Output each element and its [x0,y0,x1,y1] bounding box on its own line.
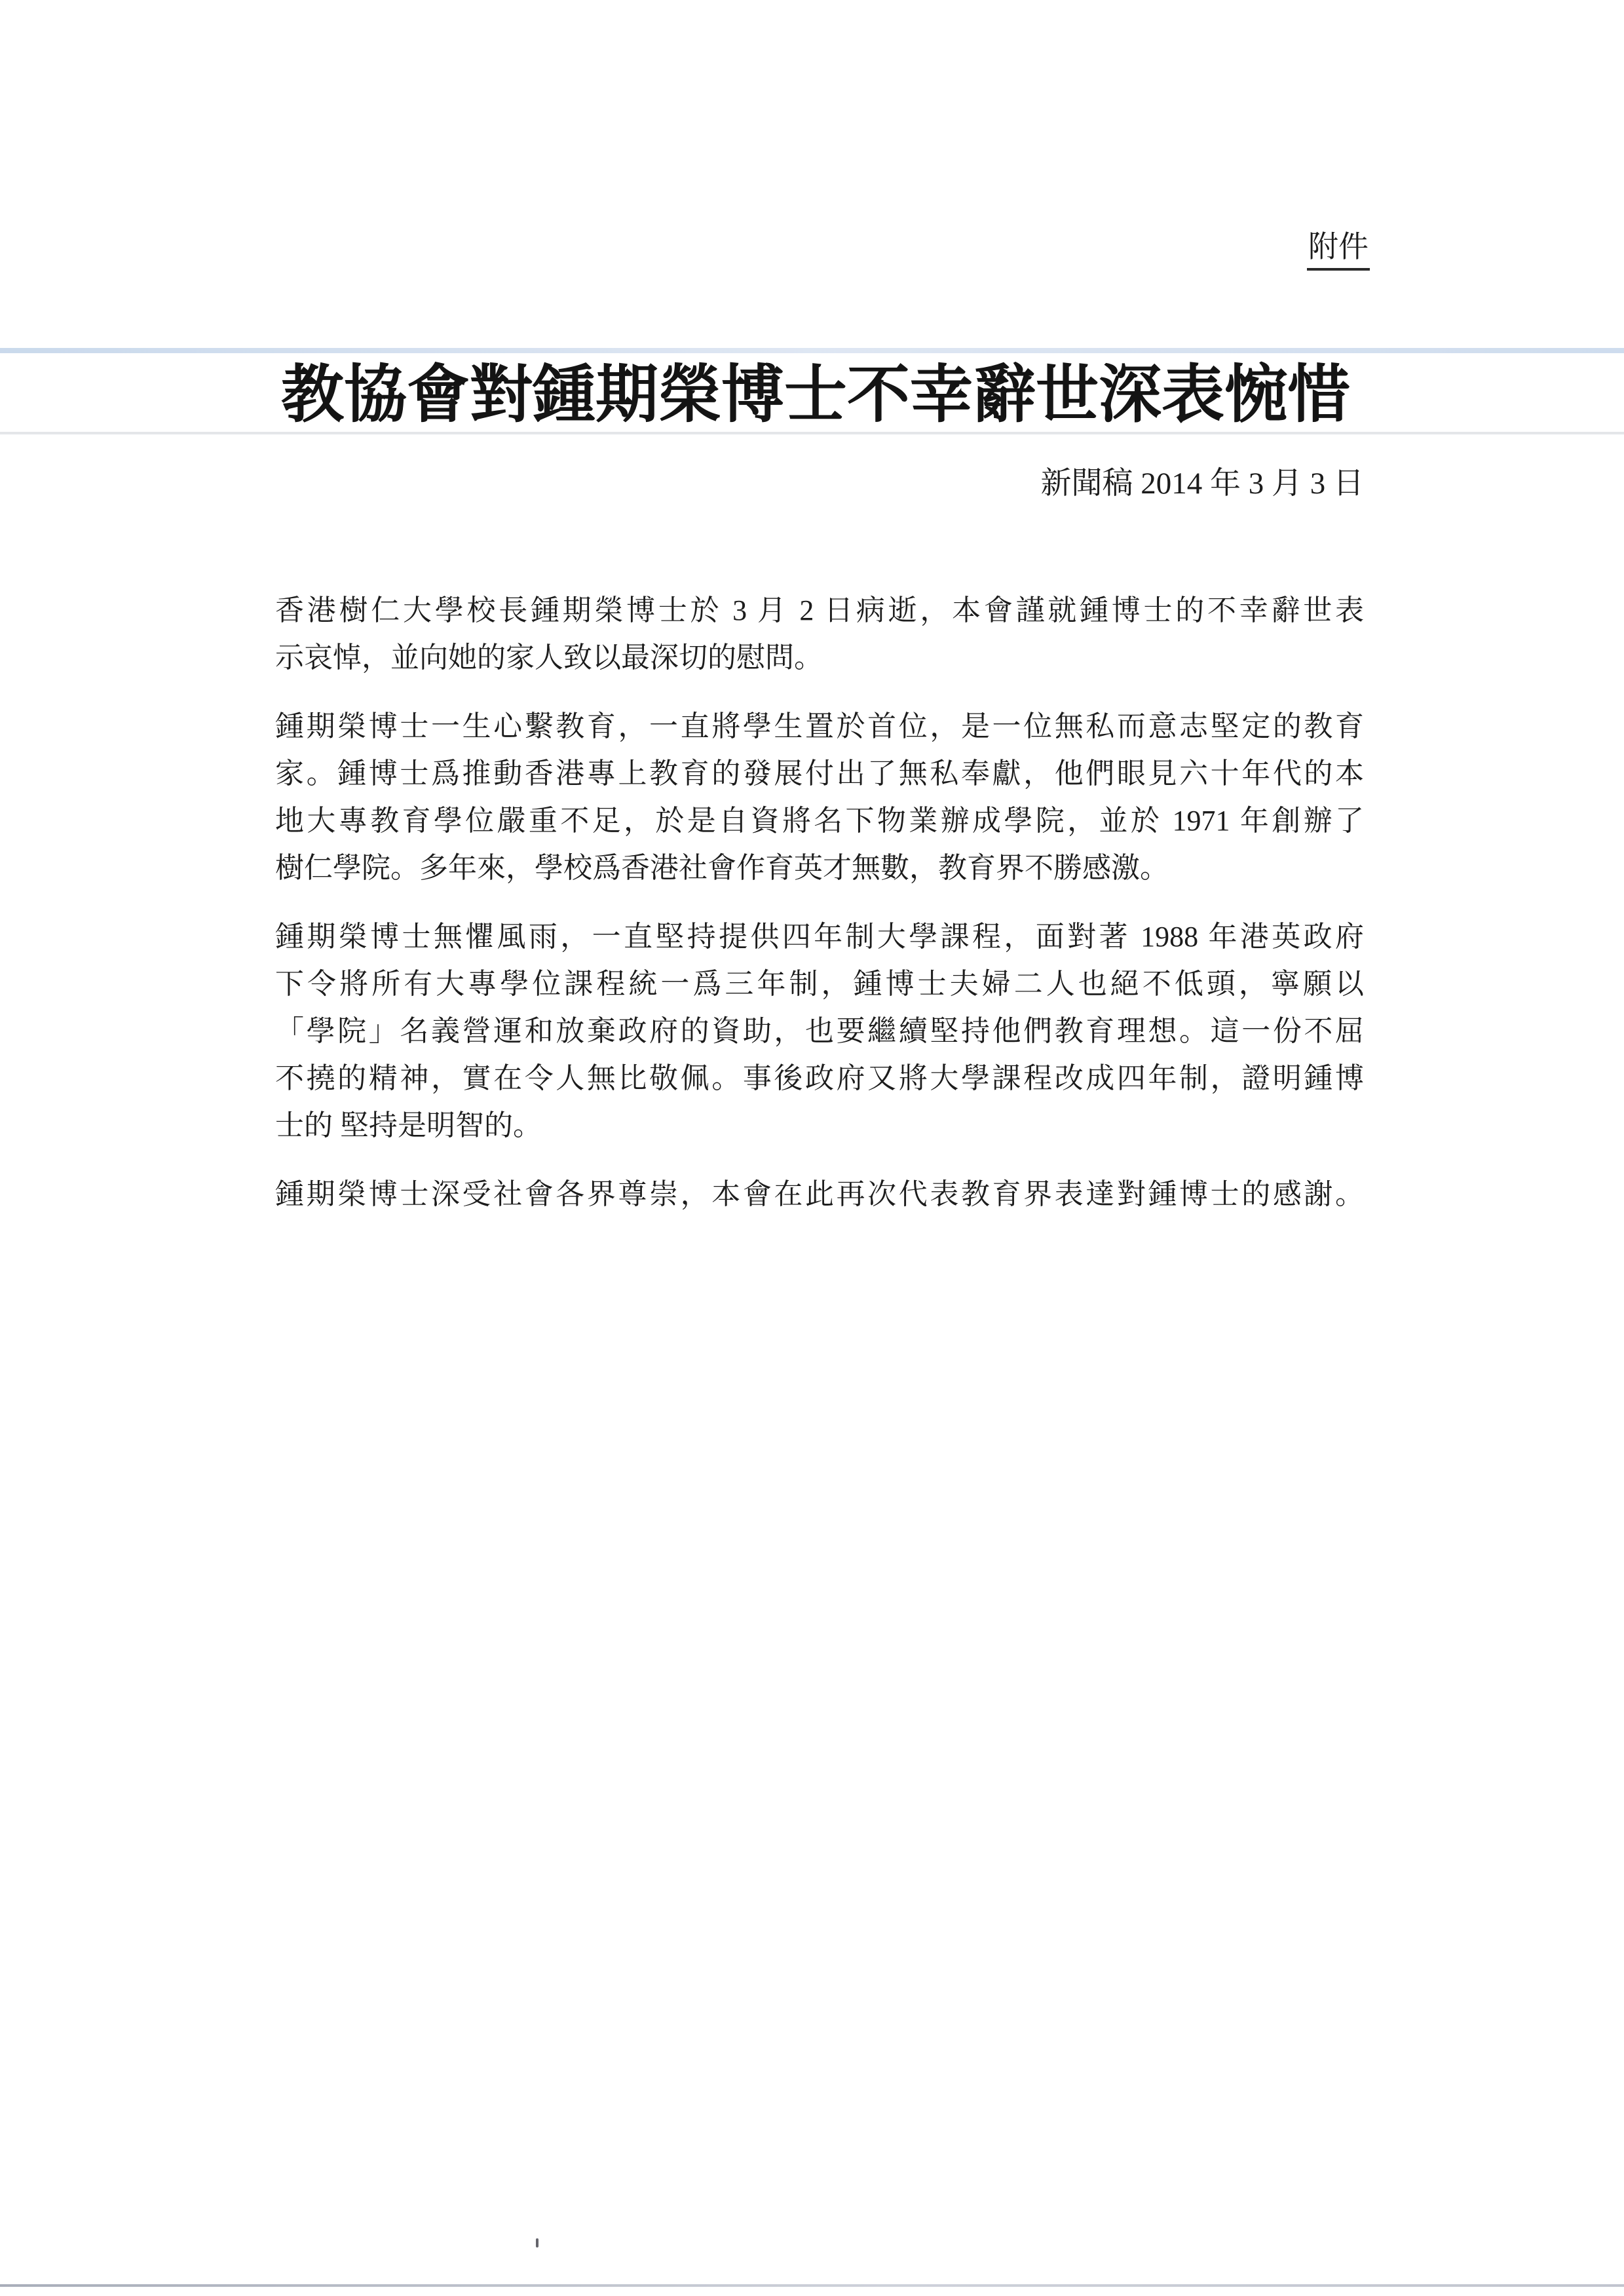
text-line: 家。鍾博士爲推動香港專上教育的發展付出了無私奉獻，他們眼見六十年代的本 [275,750,1364,797]
paragraph: 香港樹仁大學校長鍾期榮博士於 3 月 2 日病逝，本會謹就鍾博士的不幸辭世表示哀… [275,587,1364,681]
text-line: 地大專教育學位嚴重不足，於是自資將名下物業辦成學院，並於 1971 年創辦了 [275,797,1364,845]
text-line: 不撓的精神，實在令人無比敬佩。事後政府又將大學課程改成四年制，證明鍾博 [275,1055,1364,1102]
text-line: 下令將所有大專學位課程統一爲三年制，鍾博士夫婦二人也絕不低頭，寧願以 [275,961,1364,1008]
text-line: 香港樹仁大學校長鍾期榮博士於 3 月 2 日病逝，本會謹就鍾博士的不幸辭世表 [275,587,1364,634]
text-line: 鍾期榮博士無懼風雨，一直堅持提供四年制大學課程，面對著 1988 年港英政府 [275,913,1364,961]
paragraph: 鍾期榮博士深受社會各界尊崇，本會在此再次代表教育界表達對鍾博士的感謝。 [275,1171,1364,1218]
text-line: 鍾期榮博士一生心繫教育，一直將學生置於首位，是一位無私而意志堅定的教育 [275,703,1364,750]
paragraph: 鍾期榮博士無懼風雨，一直堅持提供四年制大學課程，面對著 1988 年港英政府下令… [275,913,1364,1149]
text-line: 「學院」名義營運和放棄政府的資助，也要繼續堅持他們教育理想。這一份不屈 [275,1008,1364,1055]
text-line: 樹仁學院。多年來，學校爲香港社會作育英才無數，教育界不勝感激。 [275,845,1364,892]
text-line: 示哀悼，並向她的家人致以最深切的慰問。 [275,634,1364,681]
document-body: 香港樹仁大學校長鍾期榮博士於 3 月 2 日病逝，本會謹就鍾博士的不幸辭世表示哀… [275,587,1364,1218]
scan-speck [536,2238,538,2248]
attachment-label: 附件 [1307,231,1370,271]
paragraph: 鍾期榮博士一生心繫教育，一直將學生置於首位，是一位無私而意志堅定的教育家。鍾博士… [275,703,1364,892]
document-page: 附件 教協會對鍾期榮博士不幸辭世深表惋惜 新聞稿 2014 年 3 月 3 日 … [0,0,1624,2296]
dateline: 新聞稿 2014 年 3 月 3 日 [275,459,1364,503]
scan-artifact-line-under-title [0,432,1624,434]
scan-artifact-bottom-edge [0,2284,1624,2287]
page-title: 教協會對鍾期榮博士不幸辭世深表惋惜 [262,359,1369,431]
text-line: 鍾期榮博士深受社會各界尊崇，本會在此再次代表教育界表達對鍾博士的感謝。 [275,1171,1364,1218]
text-line: 士的 堅持是明智的。 [275,1102,1364,1149]
scan-artifact-band-top [0,348,1624,353]
